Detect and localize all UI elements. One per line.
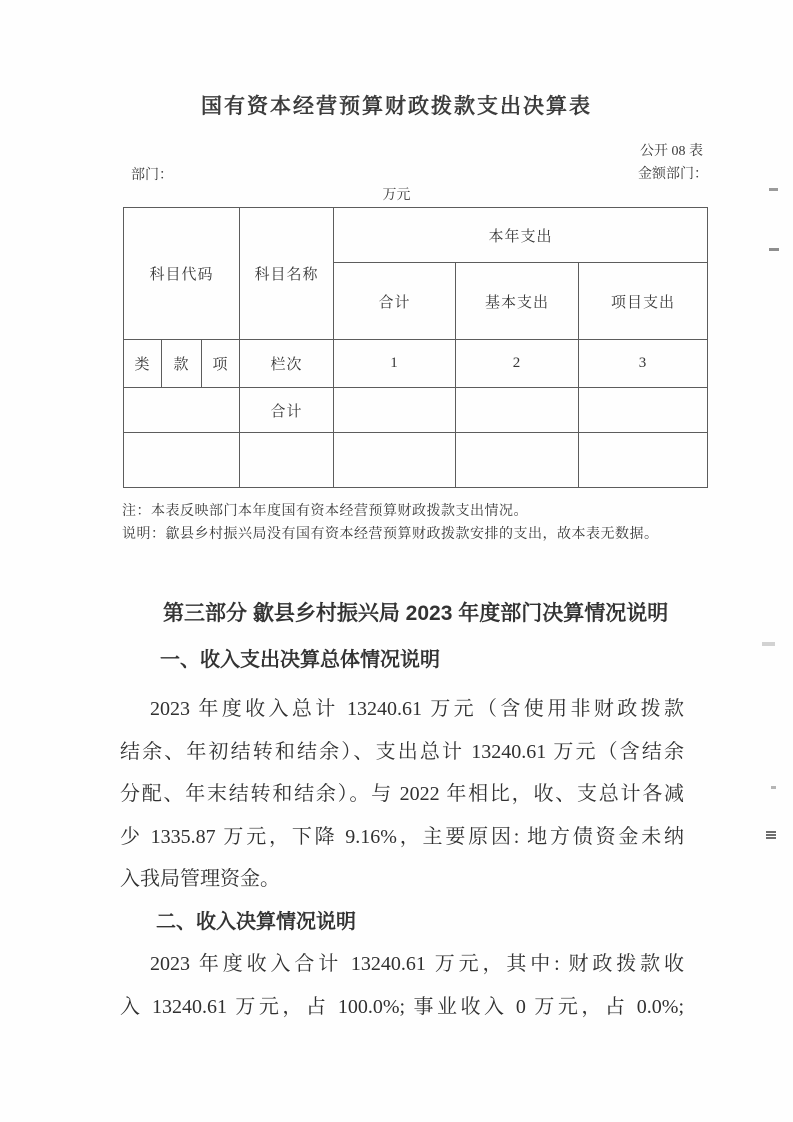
scan-speck [766,831,776,839]
paragraph-1-line-5: 入我局管理资金。 [120,858,684,901]
cell-fund: 款 [162,340,202,388]
cell-total-row-label: 合计 [240,388,334,433]
empty-cell [579,433,708,488]
note-line-1: 注：本表反映部门本年度国有资本经营预算财政拨款支出情况。 [122,500,722,523]
table-row-column-index: 类 款 项 栏次 1 2 3 [124,340,708,388]
table-header-row-1: 科目代码 科目名称 本年支出 [124,208,708,263]
empty-cell [240,433,334,488]
table-row-total: 合计 [124,388,708,433]
paragraph-2-line-1: 2023 年度收入合计 13240.61 万元，其中: 财政拨款收 [120,943,684,986]
cell-column-index-label: 栏次 [240,340,334,388]
paragraph-1-line-2: 结余、年初结转和结余）、支出总计 13240.61 万元（含结余 [120,731,684,774]
scanned-document-page: 国有资本经营预算财政拨款支出决算表 公开 08 表 部门： 金额部门： 万元 科… [0,0,793,1122]
narrative-body: 2023 年度收入总计 13240.61 万元（含使用非财政拨款 结余、年初结转… [120,688,684,1028]
scan-speck [769,248,779,251]
scan-speck [769,188,778,191]
paragraph-1-line-3: 分配、年末结转和结余）。与 2022 年相比，收、支总计各减 [120,773,684,816]
table-notes: 注：本表反映部门本年度国有资本经营预算财政拨款支出情况。 说明：歙县乡村振兴局没… [122,500,722,546]
empty-cell [579,388,708,433]
empty-cell [334,433,456,488]
cell-column-index-3: 3 [579,340,708,388]
header-cell-subject-name: 科目名称 [240,208,334,340]
scan-speck [762,642,775,646]
paragraph-1-line-4: 少 1335.87 万元，下降 9.16%，主要原因: 地方债资金未纳 [120,816,684,859]
note-line-2: 说明：歙县乡村振兴局没有国有资本经营预算财政拨款安排的支出，故本表无数据。 [122,523,722,546]
cell-class: 类 [124,340,162,388]
empty-cell [124,388,240,433]
table-row-blank [124,433,708,488]
part-three-heading: 第三部分 歙县乡村振兴局 2023 年度部门决算情况说明 [120,597,684,627]
header-cell-total: 合计 [334,263,456,340]
section-2-heading: 二、收入决算情况说明 [120,901,684,944]
amount-unit-label: 金额部门： [638,163,708,183]
cell-column-index-2: 2 [456,340,579,388]
form-code-label: 公开 08 表 [640,140,703,160]
header-cell-current-year-expenditure: 本年支出 [334,208,708,263]
budget-table: 科目代码 科目名称 本年支出 合计 基本支出 项目支出 类 款 项 栏次 1 2… [123,207,708,488]
header-cell-project-expenditure: 项目支出 [579,263,708,340]
document-title: 国有资本经营预算财政拨款支出决算表 [0,90,793,120]
cell-column-index-1: 1 [334,340,456,388]
section-1-heading: 一、收入支出决算总体情况说明 [120,643,684,672]
department-label: 部门： [131,164,173,184]
unit-note: 万元 [0,184,793,204]
empty-cell [124,433,240,488]
paragraph-2-line-2: 入 13240.61 万元，占 100.0%; 事业收入 0 万元，占 0.0%… [120,986,684,1029]
cell-item: 项 [202,340,240,388]
empty-cell [456,388,579,433]
empty-cell [334,388,456,433]
scan-speck [771,786,776,789]
header-cell-subject-code: 科目代码 [124,208,240,340]
header-cell-basic-expenditure: 基本支出 [456,263,579,340]
paragraph-1-line-1: 2023 年度收入总计 13240.61 万元（含使用非财政拨款 [120,688,684,731]
empty-cell [456,433,579,488]
